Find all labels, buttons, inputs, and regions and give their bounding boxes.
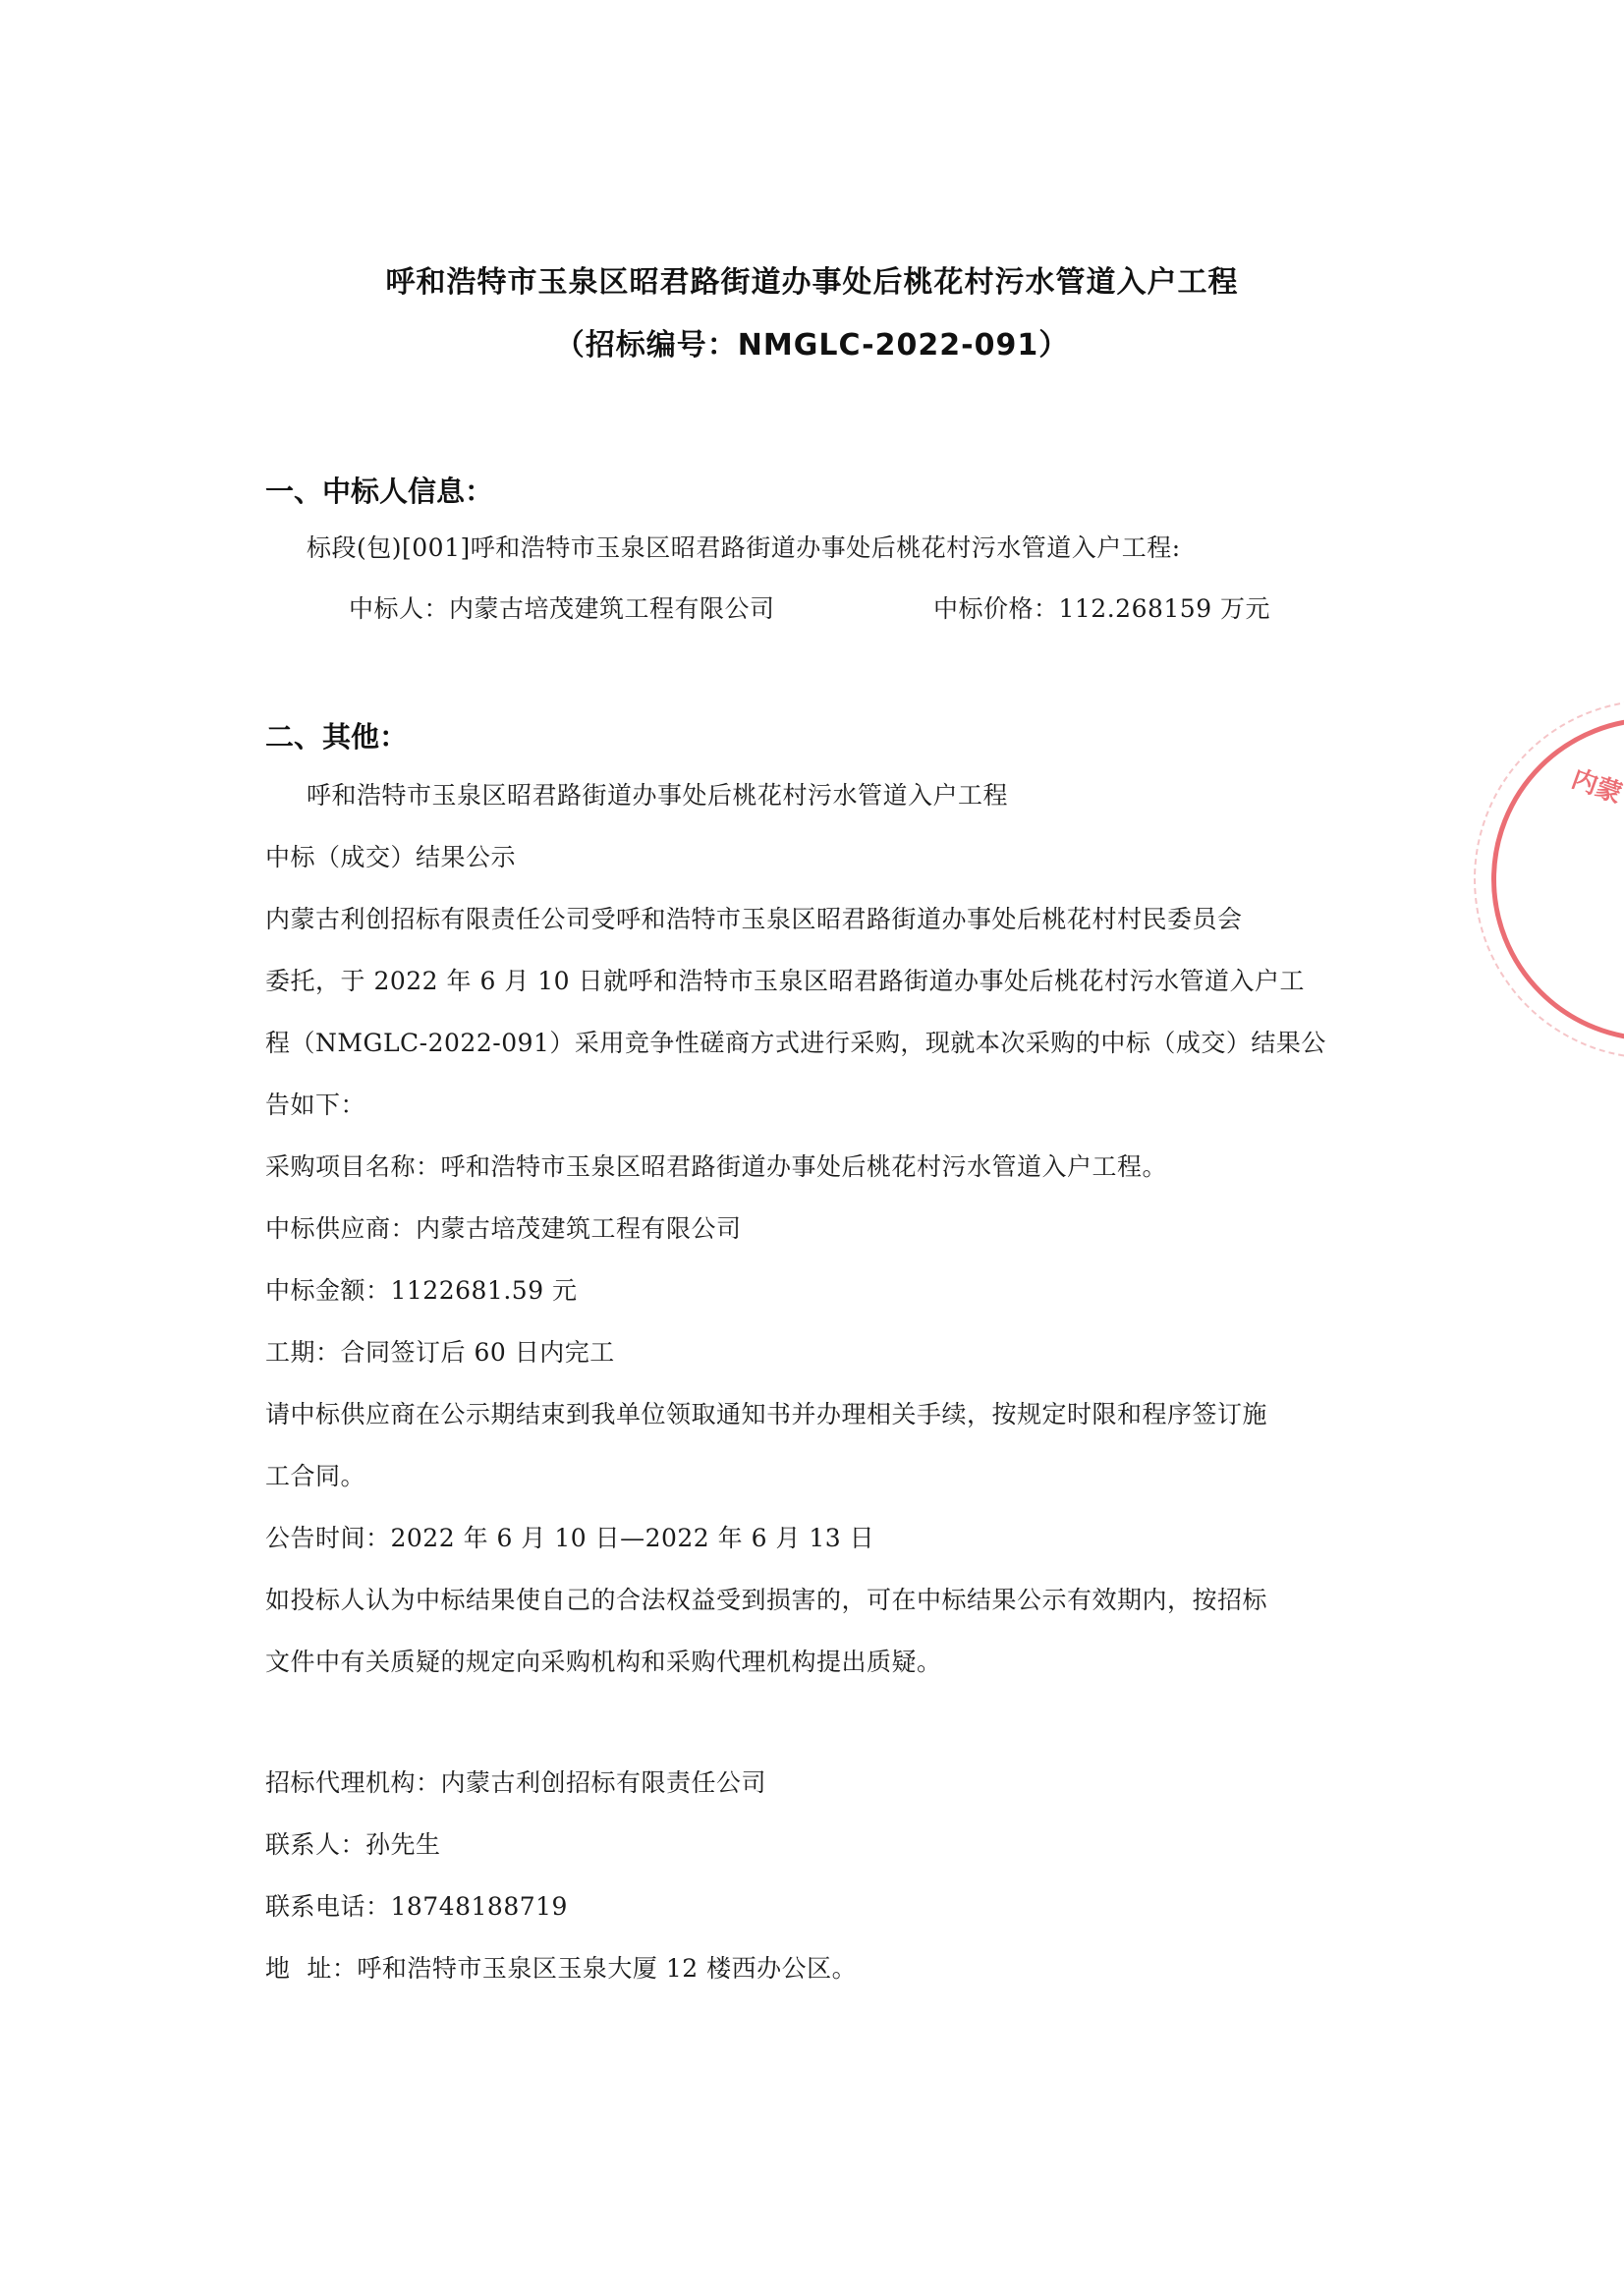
body-line: 中标（成交）结果公示 (265, 838, 516, 873)
body-line: 文件中有关质疑的规定向采购机构和采购代理机构提出质疑。 (265, 1643, 942, 1678)
body-line: 委托，于 2022 年 6 月 10 日就呼和浩特市玉泉区昭君路街道办事处后桃花… (265, 962, 1305, 997)
body-line: 工期：合同签订后 60 日内完工 (265, 1333, 615, 1369)
body-line: 中标金额：1122681.59 元 (265, 1271, 578, 1307)
body-line: 中标供应商：内蒙古培茂建筑工程有限公司 (265, 1209, 742, 1245)
body-line: 内蒙古利创招标有限责任公司受呼和浩特市玉泉区昭君路街道办事处后桃花村村民委员会 (265, 900, 1243, 935)
official-seal-stamp (1491, 717, 1624, 1041)
lot-line: 标段(包)[001]呼和浩特市玉泉区昭君路街道办事处后桃花村污水管道入户工程: (307, 529, 1181, 564)
phone-line: 联系电话：18748188719 (265, 1887, 568, 1923)
body-line: 采购项目名称：呼和浩特市玉泉区昭君路街道办事处后桃花村污水管道入户工程。 (265, 1147, 1167, 1183)
contact-person-line: 联系人：孙先生 (265, 1825, 441, 1861)
document-page: 呼和浩特市玉泉区昭君路街道办事处后桃花村污水管道入户工程 （招标编号：NMGLC… (0, 0, 1624, 2295)
address-line: 地 址：呼和浩特市玉泉区玉泉大厦 12 楼西办公区。 (265, 1949, 857, 1985)
body-line: 公告时间：2022 年 6 月 10 日—2022 年 6 月 13 日 (265, 1519, 874, 1554)
price-label: 中标价格：112.268159 万元 (933, 589, 1270, 625)
body-line: 呼和浩特市玉泉区昭君路街道办事处后桃花村污水管道入户工程 (307, 776, 1008, 812)
body-line: 如投标人认为中标结果使自己的合法权益受到损害的，可在中标结果公示有效期内，按招标 (265, 1581, 1267, 1616)
document-title: 呼和浩特市玉泉区昭君路街道办事处后桃花村污水管道入户工程 (0, 257, 1624, 301)
body-line: 工合同。 (265, 1457, 365, 1492)
section1-heading: 一、中标人信息： (265, 470, 493, 510)
body-line: 告如下： (265, 1086, 365, 1121)
body-line: 请中标供应商在公示期结束到我单位领取通知书并办理相关手续，按规定时限和程序签订施 (265, 1395, 1267, 1430)
section2-heading: 二、其他： (265, 715, 408, 756)
body-line: 程（NMGLC-2022-091）采用竞争性磋商方式进行采购，现就本次采购的中标… (265, 1024, 1326, 1059)
tender-number: （招标编号：NMGLC-2022-091） (0, 320, 1624, 364)
agency-line: 招标代理机构：内蒙古利创招标有限责任公司 (265, 1763, 766, 1799)
winner-label: 中标人：内蒙古培茂建筑工程有限公司 (349, 589, 775, 625)
